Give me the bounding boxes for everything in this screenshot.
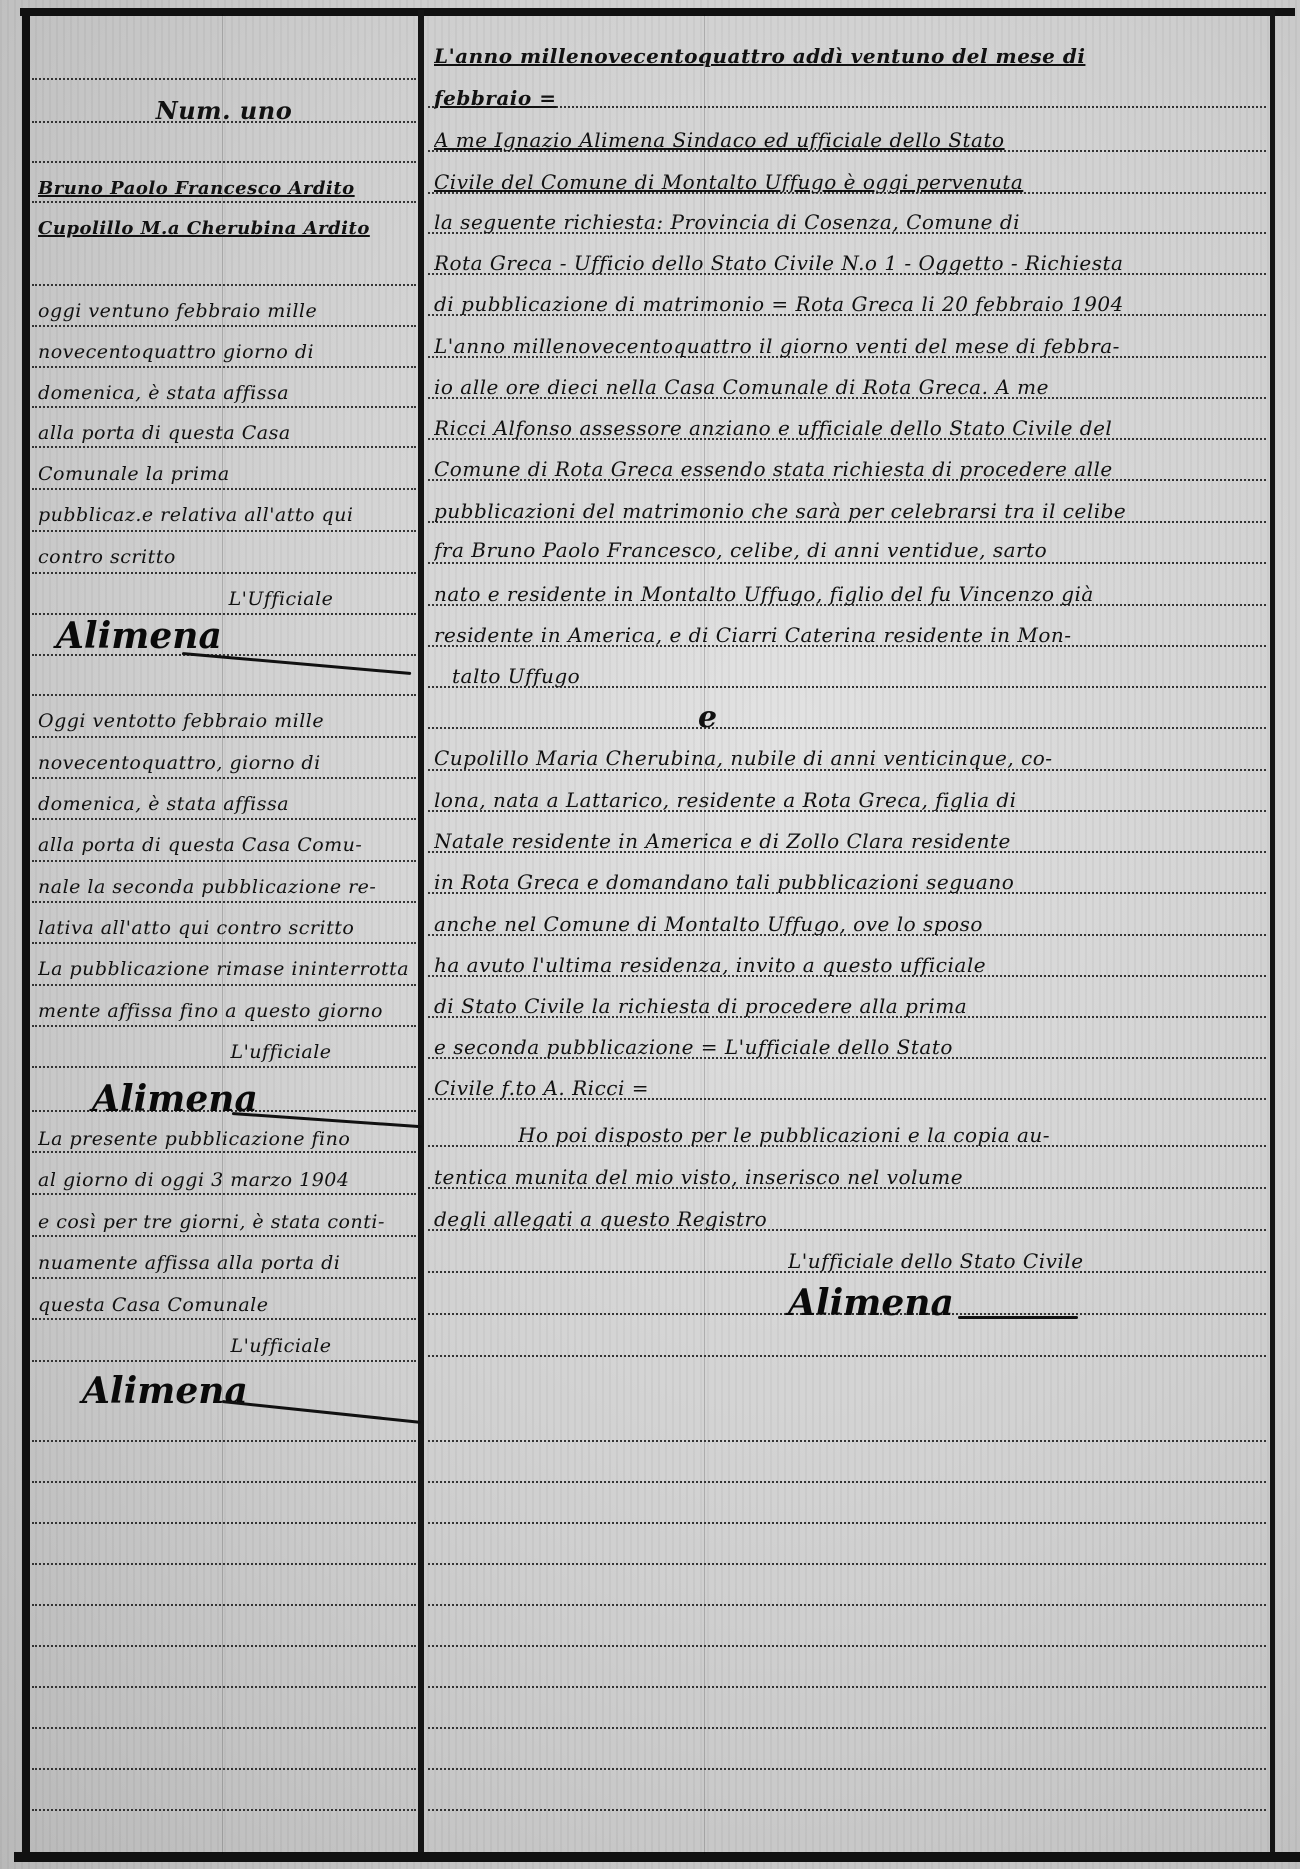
official-signature: Alimena xyxy=(82,1370,248,1412)
frame-left-border xyxy=(22,10,30,1860)
ruled-line xyxy=(32,284,416,286)
posting-line: alla porta di questa Casa xyxy=(38,422,410,444)
posting-line: Oggi ventotto febbraio mille xyxy=(38,710,410,732)
register-page: Num. uno Bruno Paolo Francesco Ardito Cu… xyxy=(0,0,1300,1869)
ruled-line xyxy=(32,1481,416,1483)
record-line: ha avuto l'ultima residenza, invito a qu… xyxy=(434,953,1260,977)
column-divider xyxy=(418,10,424,1855)
signoff-label: L'ufficiale xyxy=(152,1041,410,1063)
ruled-line xyxy=(32,446,416,448)
signature-flourish xyxy=(232,1112,422,1128)
record-line: talto Uffugo xyxy=(452,664,1260,688)
record-line: febbraio = xyxy=(434,86,1260,110)
signoff-label: L'ufficiale dello Stato Civile xyxy=(788,1249,1260,1273)
ruled-line xyxy=(32,736,416,738)
bride-name-line: Cupolillo Maria Cherubina, nubile di ann… xyxy=(434,746,1260,770)
ruled-line xyxy=(32,1235,416,1237)
ruled-line xyxy=(428,1355,1266,1357)
ruled-line xyxy=(32,1025,416,1027)
ruled-line xyxy=(428,1604,1266,1606)
ruled-line xyxy=(428,1768,1266,1770)
ruled-line xyxy=(32,777,416,779)
posting-line: contro scritto xyxy=(38,546,410,568)
posting-line: mente affissa fino a questo giorno xyxy=(38,1000,410,1022)
note-line: e così per tre giorni, è stata conti- xyxy=(38,1211,410,1233)
note-line: al giorno di oggi 3 marzo 1904 xyxy=(38,1169,410,1191)
posting-line: domenica, è stata affissa xyxy=(38,382,410,404)
record-line: A me Ignazio Alimena Sindaco ed ufficial… xyxy=(434,128,1260,152)
record-line: lona, nata a Lattarico, residente a Rota… xyxy=(434,788,1260,812)
ruled-line xyxy=(32,406,416,408)
record-line: residente in America, e di Ciarri Cateri… xyxy=(434,623,1260,647)
record-line: Ho poi disposto per le pubblicazioni e l… xyxy=(518,1123,1260,1147)
note-line: La presente pubblicazione fino xyxy=(38,1128,410,1150)
frame-top-border xyxy=(20,8,1295,16)
ruled-line xyxy=(32,572,416,574)
groom-name-line: fra Bruno Paolo Francesco, celibe, di an… xyxy=(434,538,1260,562)
record-line: Civile del Comune di Montalto Uffugo è o… xyxy=(434,170,1260,194)
record-line: Natale residente in America e di Zollo C… xyxy=(434,829,1260,853)
ruled-line xyxy=(428,1645,1266,1647)
ruled-line xyxy=(428,1686,1266,1688)
ruled-line xyxy=(32,1440,416,1442)
ruled-line xyxy=(32,1563,416,1565)
ruled-line xyxy=(32,694,416,696)
ruled-line xyxy=(32,1809,416,1811)
posting-line: novecentoquattro, giorno di xyxy=(38,752,410,774)
ruled-line xyxy=(32,1360,416,1362)
signoff-label: L'Ufficiale xyxy=(152,588,410,610)
ruled-line xyxy=(32,901,416,903)
spouse-name-groom: Bruno Paolo Francesco Ardito xyxy=(38,178,410,199)
ruled-line xyxy=(428,1481,1266,1483)
ruled-line xyxy=(32,1604,416,1606)
ruled-line xyxy=(32,1318,416,1320)
posting-line: novecentoquattro giorno di xyxy=(38,341,410,363)
record-line: Comune di Rota Greca essendo stata richi… xyxy=(434,457,1260,481)
record-line: Civile f.to A. Ricci = xyxy=(434,1076,1260,1100)
conjunction-e: e xyxy=(698,700,1260,735)
ruled-line xyxy=(32,1727,416,1729)
ruled-line xyxy=(428,1563,1266,1565)
posting-line: La pubblicazione rimase ininterrotta- xyxy=(38,958,410,980)
ruled-line xyxy=(32,488,416,490)
record-line: L'anno millenovecentoquattro addì ventun… xyxy=(434,44,1260,68)
ruled-line xyxy=(428,562,1266,564)
record-line: Rota Greca - Ufficio dello Stato Civile … xyxy=(434,251,1260,275)
ruled-line xyxy=(428,1522,1266,1524)
posting-line: Comunale la prima xyxy=(38,463,410,485)
ruled-line xyxy=(32,818,416,820)
note-line: nuamente affissa alla porta di xyxy=(38,1252,410,1274)
record-line: di Stato Civile la richiesta di proceder… xyxy=(434,994,1260,1018)
ruled-line xyxy=(32,366,416,368)
posting-line: oggi ventuno febbraio mille xyxy=(38,300,410,322)
ruled-line xyxy=(32,530,416,532)
record-number-heading: Num. uno xyxy=(38,96,410,125)
posting-line: alla porta di questa Casa Comu- xyxy=(38,834,410,856)
ruled-line xyxy=(428,1809,1266,1811)
record-line: di pubblicazione di matrimonio = Rota Gr… xyxy=(434,292,1260,316)
record-line: anche nel Comune di Montalto Uffugo, ove… xyxy=(434,912,1260,936)
ruled-line xyxy=(32,1768,416,1770)
posting-line: nale la seconda pubblicazione re- xyxy=(38,876,410,898)
record-line: pubblicazioni del matrimonio che sarà pe… xyxy=(434,499,1260,523)
official-signature: Alimena xyxy=(788,1282,954,1324)
record-line: L'anno millenovecentoquattro il giorno v… xyxy=(434,334,1260,358)
ruled-line xyxy=(32,984,416,986)
record-line: Ricci Alfonso assessore anziano e uffici… xyxy=(434,416,1260,440)
ruled-line xyxy=(32,161,416,163)
record-line: degli allegati a questo Registro xyxy=(434,1207,1260,1231)
official-signature: Alimena xyxy=(56,615,222,657)
ruled-line xyxy=(428,1440,1266,1442)
posting-line: lativa all'atto qui contro scritto xyxy=(38,917,410,939)
note-line: questa Casa Comunale xyxy=(38,1294,410,1316)
record-line: la seguente richiesta: Provincia di Cose… xyxy=(434,210,1260,234)
frame-right-border xyxy=(1270,10,1275,1855)
spouse-name-bride: Cupolillo M.a Cherubina Ardito xyxy=(38,218,410,239)
record-line: e seconda pubblicazione = L'ufficiale de… xyxy=(434,1035,1260,1059)
ruled-line xyxy=(32,1193,416,1195)
ruled-line xyxy=(32,201,416,203)
ruled-line xyxy=(428,1727,1266,1729)
posting-line: pubblicaz.e relativa all'atto qui xyxy=(38,504,410,526)
record-line: io alle ore dieci nella Casa Comunale di… xyxy=(434,375,1260,399)
ruled-line xyxy=(32,1151,416,1153)
ruled-line xyxy=(32,1277,416,1279)
record-line: tentica munita del mio visto, inserisco … xyxy=(434,1165,1260,1189)
ruled-line xyxy=(32,1686,416,1688)
signature-flourish xyxy=(222,1400,421,1424)
record-line: in Rota Greca e domandano tali pubblicaz… xyxy=(434,870,1260,894)
ruled-line xyxy=(32,1645,416,1647)
ruled-line xyxy=(32,860,416,862)
signature-flourish xyxy=(958,1316,1078,1319)
record-line: nato e residente in Montalto Uffugo, fig… xyxy=(434,582,1260,606)
signoff-label: L'ufficiale xyxy=(152,1335,410,1357)
ruled-line xyxy=(32,1522,416,1524)
ruled-line xyxy=(32,942,416,944)
ruled-line xyxy=(32,1066,416,1068)
posting-line: domenica, è stata affissa xyxy=(38,793,410,815)
ruled-line xyxy=(32,325,416,327)
frame-bottom-border xyxy=(14,1852,1300,1862)
ruled-line xyxy=(32,78,416,80)
